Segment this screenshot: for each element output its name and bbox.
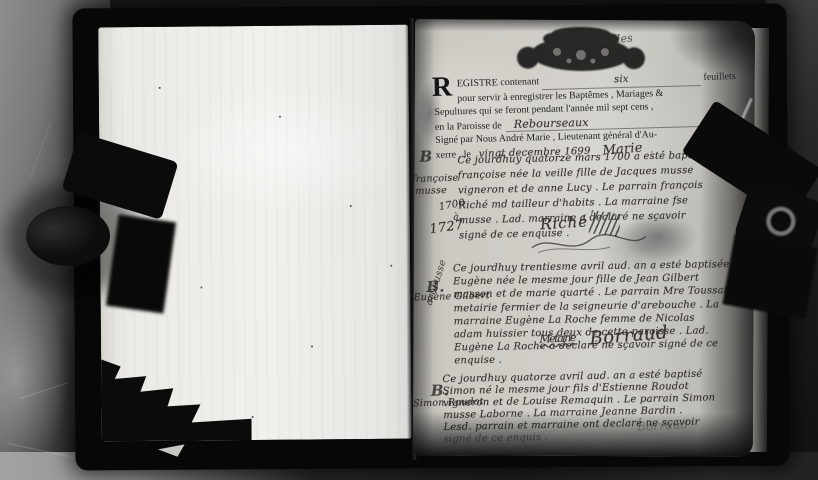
archival-photo-scene: feuilles R EGISTRE contenant six feuille… (0, 0, 818, 480)
page-top-shadow (415, 19, 755, 33)
header-text: EGISTRE contenant (457, 75, 540, 91)
baptism-entry-2: Ce jourdhuy trentiesme avril aud. an a e… (453, 258, 749, 368)
manuscript-right-page: feuilles R EGISTRE contenant six feuille… (413, 19, 755, 457)
signature-flourish (530, 230, 650, 257)
ornamental-stamp (503, 25, 659, 80)
header-text: feuillets (703, 70, 736, 84)
left-clamp-knob (26, 206, 110, 266)
right-clamp-tail (722, 233, 817, 318)
page-gutter-shadow (413, 19, 435, 455)
page-bottom-shadow (413, 411, 753, 457)
signature-metairie: Metairie (539, 331, 575, 346)
paper-specks (159, 87, 161, 89)
torn-page-corner (101, 358, 252, 441)
